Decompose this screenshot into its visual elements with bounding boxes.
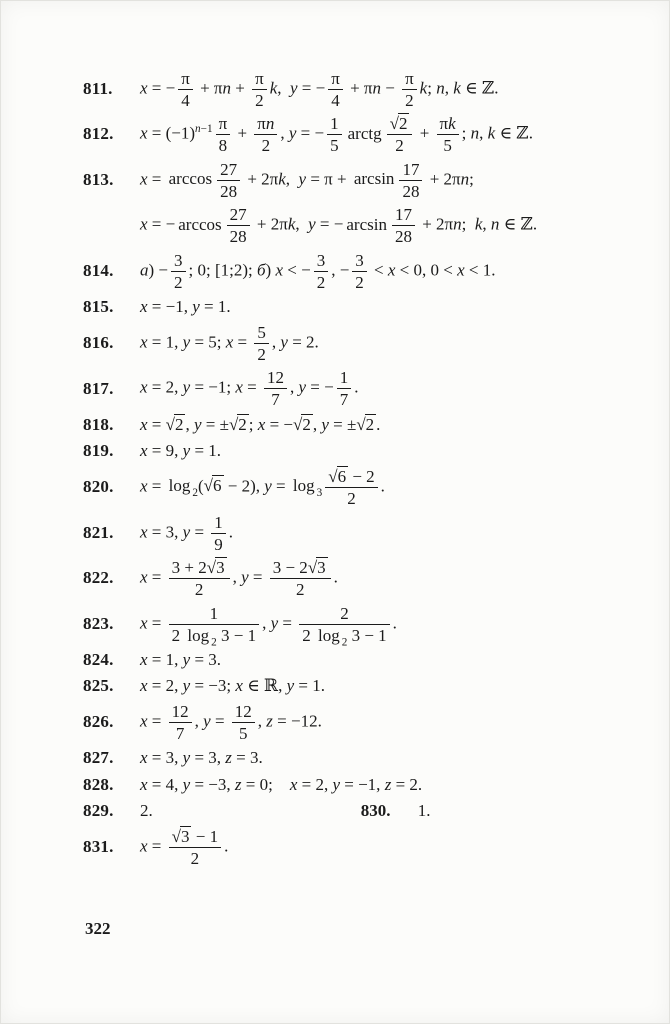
function-name: arcsin <box>354 169 395 188</box>
answer-expression: x = 4, y = −3, z = 0; x = 2, y = −1, z =… <box>140 775 422 796</box>
fraction-denominator: 7 <box>169 723 192 743</box>
fraction-denominator: 2 <box>352 272 367 292</box>
answer-row: 816.x = 1, y = 5; x = 52, y = 2. <box>83 322 613 365</box>
fraction-denominator: 8 <box>216 135 231 155</box>
fraction: 52 <box>254 323 269 364</box>
fraction-numerator: 1 <box>211 513 226 534</box>
answer-expression: x = (−1)n−1π8 + πn2, y = −15arctg√22 + π… <box>140 113 533 156</box>
fraction-denominator: 4 <box>328 90 343 110</box>
function-name: log <box>293 476 315 495</box>
fraction-numerator: π <box>328 69 343 90</box>
subscript: 2 <box>192 487 198 499</box>
answer-row: 811.x = −π4 + πn + π2k, y = −π4 + πn − π… <box>83 68 613 111</box>
item-number: 813. <box>83 170 140 191</box>
answer-row: 828.x = 4, y = −3, z = 0; x = 2, y = −1,… <box>83 773 613 797</box>
item-number: 819. <box>83 441 140 462</box>
answer-expression: x = 2, y = −1; x = 127, y = −17. <box>140 367 358 410</box>
fraction: 127 <box>264 368 287 409</box>
fraction: 15 <box>327 114 342 155</box>
fraction-denominator: 2 <box>252 90 267 110</box>
answer-row: 812.x = (−1)n−1π8 + πn2, y = −15arctg√22… <box>83 113 613 156</box>
answer-row: 813.x = arccos2728 + 2πk, y = π + arcsin… <box>83 159 613 202</box>
fraction: 32 <box>352 251 367 292</box>
sqrt-expression: √2 <box>229 415 249 434</box>
fraction-denominator: 2 <box>169 579 230 599</box>
fraction: π2 <box>402 69 417 110</box>
fraction: √6 − 22 <box>325 467 377 508</box>
item-number: 815. <box>83 297 140 318</box>
answer-row: 817.x = 2, y = −1; x = 127, y = −17. <box>83 367 613 410</box>
fraction-denominator: 5 <box>437 135 459 155</box>
fraction: 2728 <box>217 160 240 201</box>
answer-expression: 2. <box>140 801 153 822</box>
fraction-numerator: √2 <box>387 114 413 135</box>
answer-row: 815.x = −1, y = 1. <box>83 295 613 319</box>
item-number: 811. <box>83 79 140 100</box>
answer-expression: x = 1, y = 5; x = 52, y = 2. <box>140 322 319 365</box>
answer-row: 825.x = 2, y = −3; x ∈ ℝ, y = 1. <box>83 675 613 699</box>
answer-expression: x = 3, y = 19. <box>140 512 233 555</box>
item-number: 824. <box>83 650 140 671</box>
answer-row: 818.x = √2, y = ±√2; x = −√2, y = ±√2. <box>83 413 613 437</box>
item-number: 831. <box>83 837 140 858</box>
subscript: 3 <box>317 487 323 499</box>
item-number: 820. <box>83 477 140 498</box>
item-number: 817. <box>83 379 140 400</box>
fraction-denominator: 2 <box>254 135 277 155</box>
item-number: 825. <box>83 676 140 697</box>
answer-row: 823.x = 12 log2 3 − 1, y = 22 log2 3 − 1… <box>83 603 613 646</box>
answer-expression: x = 3, y = 3, z = 3. <box>140 748 263 769</box>
item-number: 823. <box>83 614 140 635</box>
function-name: log <box>187 626 209 645</box>
function-name: arccos <box>178 215 221 234</box>
fraction: 22 log2 3 − 1 <box>299 604 389 645</box>
answer-expression: x = 127, y = 125, z = −12. <box>140 701 322 744</box>
fraction-denominator: 28 <box>399 181 422 201</box>
answer-row: 814.а) −32; 0; [1;2); б) x < −32, −32 < … <box>83 250 613 293</box>
fraction-numerator: 3 <box>171 251 186 272</box>
fraction-numerator: 3 <box>352 251 367 272</box>
answer-expression: x = 1, y = 3. <box>140 650 221 671</box>
fraction-denominator: 2 <box>254 344 269 364</box>
fraction-numerator: π <box>252 69 267 90</box>
superscript: n−1 <box>195 123 213 135</box>
fraction-denominator: 28 <box>392 226 415 246</box>
fraction: √22 <box>387 114 413 155</box>
fraction-denominator: 2 <box>270 579 331 599</box>
item-number: 822. <box>83 568 140 589</box>
fraction-numerator: 17 <box>399 160 422 181</box>
fraction-denominator: 2 <box>169 848 221 868</box>
answer-row: 822.x = 3 + 2√32, y = 3 − 2√32. <box>83 557 613 600</box>
fraction-denominator: 5 <box>232 723 255 743</box>
item-number: 818. <box>83 415 140 436</box>
page-number: 322 <box>85 919 111 940</box>
function-name: log <box>169 476 191 495</box>
fraction-denominator: 2 <box>171 272 186 292</box>
fraction-numerator: 1 <box>169 604 259 625</box>
answer-row: 819.x = 9, y = 1. <box>83 439 613 463</box>
answer-row: x = −arccos2728 + 2πk, y = −arcsin1728 +… <box>83 204 613 247</box>
fraction: 127 <box>169 702 192 743</box>
fraction: 12 log2 3 − 1 <box>169 604 259 645</box>
answer-row: 820.x = log2(√6 − 2), y = log3√6 − 22. <box>83 466 613 509</box>
sqrt-expression: √3 <box>207 558 227 577</box>
answer-row: 824.x = 1, y = 3. <box>83 648 613 672</box>
fraction: 125 <box>232 702 255 743</box>
fraction: πk5 <box>437 114 459 155</box>
fraction-numerator: πk <box>437 114 459 135</box>
function-name: arcsin <box>346 215 387 234</box>
fraction: 3 − 2√32 <box>270 558 331 599</box>
fraction: π2 <box>252 69 267 110</box>
fraction-denominator: 2 <box>325 488 377 508</box>
fraction-numerator: 1 <box>327 114 342 135</box>
fraction-numerator: √3 − 1 <box>169 827 221 848</box>
sqrt-expression: √2 <box>293 415 313 434</box>
fraction-denominator: 2 log2 3 − 1 <box>299 625 389 645</box>
answer-expression: x = −1, y = 1. <box>140 297 231 318</box>
fraction-numerator: 27 <box>217 160 240 181</box>
answer-expression: x = √3 − 12. <box>140 826 228 869</box>
answer-row: 829.2.830.1. <box>83 800 613 824</box>
fraction-denominator: 7 <box>337 389 352 409</box>
fraction: √3 − 12 <box>169 827 221 868</box>
answer-expression: x = −π4 + πn + π2k, y = −π4 + πn − π2k; … <box>140 68 499 111</box>
item-number: 821. <box>83 523 140 544</box>
fraction-numerator: 27 <box>227 205 250 226</box>
answer-expression: x = arccos2728 + 2πk, y = π + arcsin1728… <box>140 159 474 202</box>
fraction-denominator: 7 <box>264 389 287 409</box>
answers-list: 811.x = −π4 + πn + π2k, y = −π4 + πn − π… <box>83 68 613 870</box>
fraction-denominator: 4 <box>178 90 193 110</box>
fraction-numerator: π <box>402 69 417 90</box>
fraction-numerator: 12 <box>264 368 287 389</box>
fraction: πn2 <box>254 114 277 155</box>
sqrt-expression: √2 <box>390 114 410 133</box>
fraction: 1728 <box>392 205 415 246</box>
fraction-numerator: 3 − 2√3 <box>270 558 331 579</box>
fraction-numerator: 1 <box>337 368 352 389</box>
function-name: arctg <box>348 124 382 143</box>
answer-expression: x = 12 log2 3 − 1, y = 22 log2 3 − 1. <box>140 603 397 646</box>
sqrt-expression: √6 <box>204 476 224 495</box>
sqrt-expression: √2 <box>166 415 186 434</box>
fraction-denominator: 28 <box>227 226 250 246</box>
answer-expression: x = 3 + 2√32, y = 3 − 2√32. <box>140 557 338 600</box>
item-number: 812. <box>83 124 140 145</box>
sqrt-expression: √3 <box>308 558 328 577</box>
fraction-denominator: 28 <box>217 181 240 201</box>
book-page: 811.x = −π4 + πn + π2k, y = −π4 + πn − π… <box>0 0 670 1024</box>
fraction: π4 <box>328 69 343 110</box>
fraction-numerator: √6 − 2 <box>325 467 377 488</box>
fraction: 32 <box>314 251 329 292</box>
fraction-numerator: 3 <box>314 251 329 272</box>
answer-row: 821.x = 3, y = 19. <box>83 512 613 555</box>
item-number: 826. <box>83 712 140 733</box>
answer-expression: x = √2, y = ±√2; x = −√2, y = ±√2. <box>140 415 380 436</box>
fraction-denominator: 9 <box>211 534 226 554</box>
sqrt-expression: √2 <box>356 415 376 434</box>
answer-expression: x = −arccos2728 + 2πk, y = −arcsin1728 +… <box>140 204 537 247</box>
item-number: 828. <box>83 775 140 796</box>
answer-row: 826.x = 127, y = 125, z = −12. <box>83 701 613 744</box>
function-name: arccos <box>169 169 212 188</box>
answer-expression: а) −32; 0; [1;2); б) x < −32, −32 < x < … <box>140 250 496 293</box>
fraction: 32 <box>171 251 186 292</box>
fraction-numerator: 5 <box>254 323 269 344</box>
fraction-denominator: 5 <box>327 135 342 155</box>
fraction-denominator: 2 <box>402 90 417 110</box>
fraction-numerator: π <box>178 69 193 90</box>
fraction-numerator: 2 <box>299 604 389 625</box>
subscript: 2 <box>211 636 217 648</box>
item-number: 814. <box>83 261 140 282</box>
fraction-numerator: 12 <box>169 702 192 723</box>
fraction: 1728 <box>399 160 422 201</box>
sqrt-expression: √6 <box>328 467 348 486</box>
fraction-denominator: 2 <box>314 272 329 292</box>
item-number: 829. <box>83 801 140 822</box>
fraction-denominator: 2 <box>387 135 413 155</box>
fraction-numerator: 17 <box>392 205 415 226</box>
fraction: 2728 <box>227 205 250 246</box>
item-number: 816. <box>83 333 140 354</box>
fraction: π8 <box>216 114 231 155</box>
fraction-numerator: 12 <box>232 702 255 723</box>
answer-row: 827.x = 3, y = 3, z = 3. <box>83 747 613 771</box>
function-name: log <box>318 626 340 645</box>
answer-expression: 1. <box>418 801 431 822</box>
fraction: π4 <box>178 69 193 110</box>
sqrt-expression: √3 <box>172 827 192 846</box>
answer-expression: x = 9, y = 1. <box>140 441 221 462</box>
fraction: 19 <box>211 513 226 554</box>
fraction-denominator: 2 log2 3 − 1 <box>169 625 259 645</box>
fraction: 17 <box>337 368 352 409</box>
fraction: 3 + 2√32 <box>169 558 230 599</box>
answer-expression: x = 2, y = −3; x ∈ ℝ, y = 1. <box>140 676 325 697</box>
item-number: 830. <box>361 801 418 822</box>
fraction-numerator: πn <box>254 114 277 135</box>
fraction-numerator: π <box>216 114 231 135</box>
subscript: 2 <box>342 636 348 648</box>
fraction-numerator: 3 + 2√3 <box>169 558 230 579</box>
answer-expression: x = log2(√6 − 2), y = log3√6 − 22. <box>140 466 385 509</box>
item-number: 827. <box>83 748 140 769</box>
answer-row: 831.x = √3 − 12. <box>83 826 613 869</box>
